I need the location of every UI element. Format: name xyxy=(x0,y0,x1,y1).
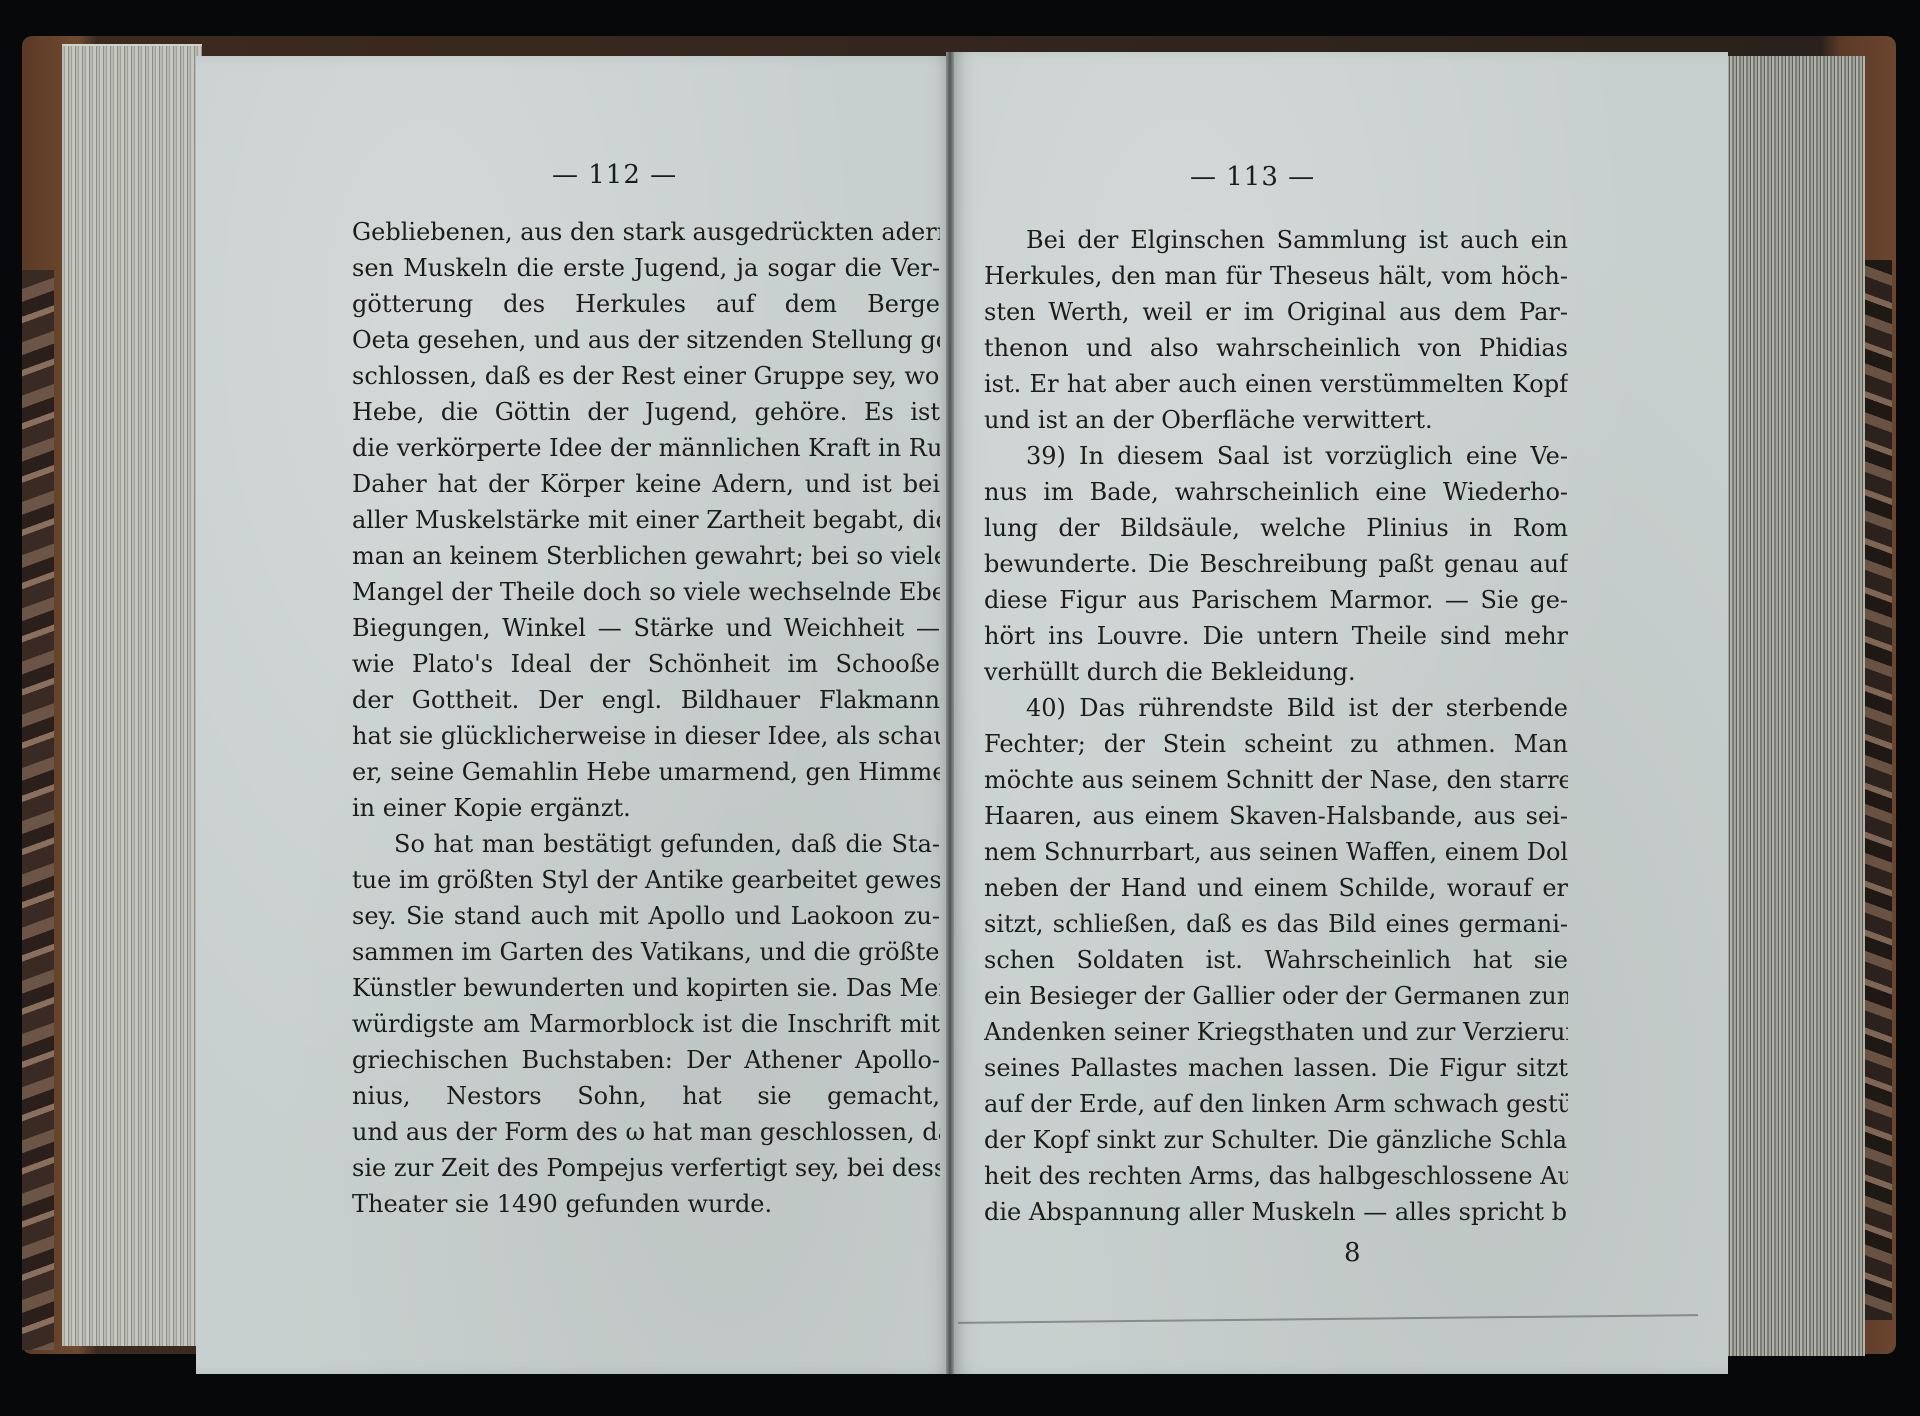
text-line: auf der Erde, auf den linken Arm schwach… xyxy=(984,1086,1568,1122)
text-line: neben der Hand und einem Schilde, worauf… xyxy=(984,870,1568,906)
text-line: Künstler bewunderten und kopirten sie. D… xyxy=(352,970,940,1006)
text-line: Biegungen, Winkel — Stärke und Weichheit… xyxy=(352,610,940,646)
right-page-text: Bei der Elginschen Sammlung ist auch ein… xyxy=(984,222,1568,1230)
text-line: man an keinem Sterblichen gewahrt; bei s… xyxy=(352,538,940,574)
text-line: schen Soldaten ist. Wahrscheinlich hat s… xyxy=(984,942,1568,978)
text-line: Fechter; der Stein scheint zu athmen. Ma… xyxy=(984,726,1568,762)
text-line: Herkules, den man für Theseus hält, vom … xyxy=(984,258,1568,294)
text-line: Daher hat der Körper keine Adern, und is… xyxy=(352,466,940,502)
text-line: Haaren, aus einem Skaven-Halsbande, aus … xyxy=(984,798,1568,834)
text-line: griechischen Buchstaben: Der Athener Apo… xyxy=(352,1042,940,1078)
text-line: und aus der Form des ω hat man geschloss… xyxy=(352,1114,940,1150)
text-line: nius, Nestors Sohn, hat sie gemacht, xyxy=(352,1078,940,1114)
text-line: in einer Kopie ergänzt. xyxy=(352,790,940,826)
page-number-left: — 112 — xyxy=(552,160,677,190)
text-line: aller Muskelstärke mit einer Zartheit be… xyxy=(352,502,940,538)
text-line: Mangel der Theile doch so viele wechseln… xyxy=(352,574,940,610)
text-line: götterung des Herkules auf dem Berge xyxy=(352,286,940,322)
text-line: würdigste am Marmorblock ist die Inschri… xyxy=(352,1006,940,1042)
text-line: möchte aus seinem Schnitt der Nase, den … xyxy=(984,762,1568,798)
text-line: 40) Das rührendste Bild ist der sterbend… xyxy=(984,690,1568,726)
text-line: Oeta gesehen, und aus der sitzenden Stel… xyxy=(352,322,940,358)
text-line: er, seine Gemahlin Hebe umarmend, gen Hi… xyxy=(352,754,940,790)
text-line: der Kopf sinkt zur Schulter. Die gänzlic… xyxy=(984,1122,1568,1158)
left-page-text: Gebliebenen, aus den stark ausgedrückten… xyxy=(352,214,940,1222)
text-line: die verkörperte Idee der männlichen Kraf… xyxy=(352,430,940,466)
text-line: ist. Er hat aber auch einen verstümmelte… xyxy=(984,366,1568,402)
marbled-cover-left xyxy=(22,270,54,1350)
text-line: sten Werth, weil er im Original aus dem … xyxy=(984,294,1568,330)
marbled-cover-right xyxy=(1862,260,1892,1320)
text-line: Andenken seiner Kriegsthaten und zur Ver… xyxy=(984,1014,1568,1050)
page-stack-left xyxy=(62,44,202,1346)
text-line: 39) In diesem Saal ist vorzüglich eine V… xyxy=(984,438,1568,474)
text-line: diese Figur aus Parischem Marmor. — Sie … xyxy=(984,582,1568,618)
text-line: sammen im Garten des Vatikans, und die g… xyxy=(352,934,940,970)
text-line: und ist an der Oberfläche verwittert. xyxy=(984,402,1568,438)
page-number-right: — 113 — xyxy=(1190,162,1315,192)
text-line: sitzt, schließen, daß es das Bild eines … xyxy=(984,906,1568,942)
text-line: Bei der Elginschen Sammlung ist auch ein xyxy=(984,222,1568,258)
text-line: sey. Sie stand auch mit Apollo und Laoko… xyxy=(352,898,940,934)
text-line: seines Pallastes machen lassen. Die Figu… xyxy=(984,1050,1568,1086)
text-line: nus im Bade, wahrscheinlich eine Wiederh… xyxy=(984,474,1568,510)
text-line: schlossen, daß es der Rest einer Gruppe … xyxy=(352,358,940,394)
text-line: So hat man bestätigt gefunden, daß die S… xyxy=(352,826,940,862)
text-line: hat sie glücklicherweise in dieser Idee,… xyxy=(352,718,940,754)
text-line: heit des rechten Arms, das halbgeschloss… xyxy=(984,1158,1568,1194)
text-line: wie Plato's Ideal der Schönheit im Schoo… xyxy=(352,646,940,682)
text-line: thenon und also wahrscheinlich von Phidi… xyxy=(984,330,1568,366)
text-line: sie zur Zeit des Pompejus verfertigt sey… xyxy=(352,1150,940,1186)
text-line: bewunderte. Die Beschreibung paßt genau … xyxy=(984,546,1568,582)
text-line: verhüllt durch die Bekleidung. xyxy=(984,654,1568,690)
signature-mark: 8 xyxy=(1344,1238,1361,1268)
text-line: Gebliebenen, aus den stark ausgedrückten… xyxy=(352,214,940,250)
book-gutter xyxy=(946,52,954,1374)
page-stack-right xyxy=(1725,56,1865,1356)
text-line: die Abspannung aller Muskeln — alles spr… xyxy=(984,1194,1568,1230)
text-line: sen Muskeln die erste Jugend, ja sogar d… xyxy=(352,250,940,286)
text-line: Hebe, die Göttin der Jugend, gehöre. Es … xyxy=(352,394,940,430)
text-line: tue im größten Styl der Antike gearbeite… xyxy=(352,862,940,898)
text-line: nem Schnurrbart, aus seinen Waffen, eine… xyxy=(984,834,1568,870)
text-line: der Gottheit. Der engl. Bildhauer Flakma… xyxy=(352,682,940,718)
text-line: Theater sie 1490 gefunden wurde. xyxy=(352,1186,940,1222)
text-line: ein Besieger der Gallier oder der German… xyxy=(984,978,1568,1014)
text-line: lung der Bildsäule, welche Plinius in Ro… xyxy=(984,510,1568,546)
text-line: hört ins Louvre. Die untern Theile sind … xyxy=(984,618,1568,654)
